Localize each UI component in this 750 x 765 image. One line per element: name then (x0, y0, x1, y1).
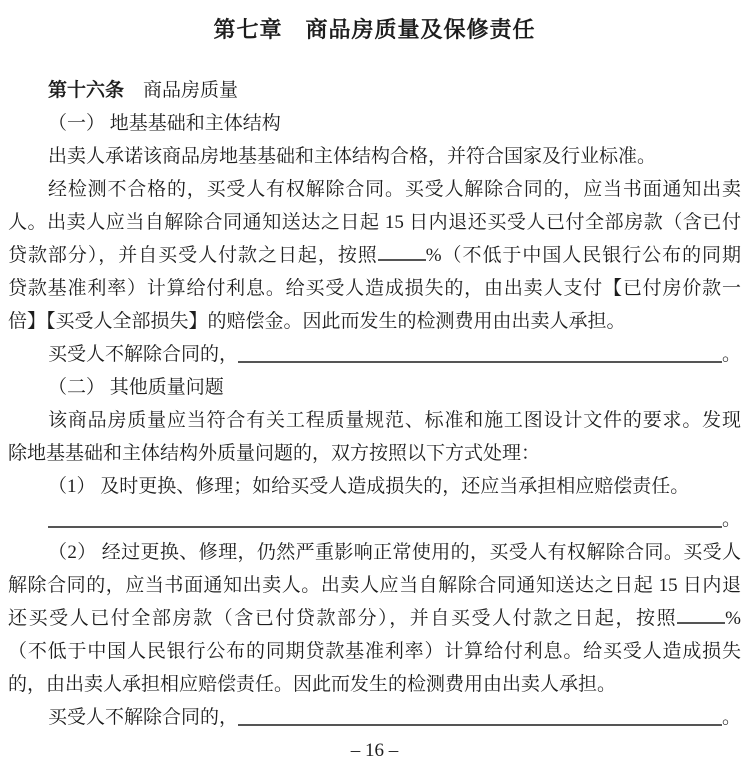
paragraph-line: 经检测不合格的，买受人有权解除合同。买受人解除合同的，应当书面通知出卖 (8, 173, 741, 206)
text-run: 贷款基准利率）计算给付利息。给买受人造成损失的，由出卖人支付【已付房价款一 (8, 278, 741, 299)
text-run: 人。出卖人应当自解除合同通知送达之日起 15 日内退还买受人已付全部房款（含已付 (8, 212, 741, 233)
paragraph-line: （不低于中国人民银行公布的同期贷款基准利率）计算给付利息。给买受人造成损失 (8, 635, 741, 668)
text-run: （不低于中国人民银行公布的同期贷款基准利率）计算给付利息。给买受人造成损失 (8, 641, 741, 662)
fill-underline-field (48, 503, 722, 528)
text-run: 贷款部分），并自买受人付款之日起，按照 (8, 245, 378, 266)
paragraph-line: 人。出卖人应当自解除合同通知送达之日起 15 日内退还买受人已付全部房款（含已付 (8, 206, 741, 239)
text-run: 。 (722, 701, 741, 734)
fill-in-line: 买受人不解除合同的，。 (8, 338, 741, 371)
text-run: 经检测不合格的，买受人有权解除合同。买受人解除合同的，应当书面通知出卖 (48, 179, 741, 200)
text-run: （一） 地基基础和主体结构 (48, 113, 281, 134)
fill-in-line: 。 (8, 503, 741, 536)
blank-underline-field (677, 603, 725, 624)
text-run: （二） 其他质量问题 (48, 377, 224, 398)
list-item-1-line: （1） 及时更换、修理；如给买受人造成损失的，还应当承担相应赔偿责任。 (8, 470, 741, 503)
paragraph-line: 倍】【买受人全部损失】的赔偿金。因此而发生的检测费用由出卖人承担。 (8, 305, 741, 338)
text-run: 买受人不解除合同的， (48, 338, 238, 371)
text-run: 。 (722, 338, 741, 371)
paragraph-line: 出卖人承诺该商品房地基基础和主体结构合格，并符合国家及行业标准。 (8, 140, 741, 173)
text-run: 还买受人已付全部房款（含已付贷款部分），并自买受人付款之日起，按照 (8, 608, 677, 629)
fill-in-line: 买受人不解除合同的，。 (8, 701, 741, 734)
article-16-heading: 第十六条 商品房质量 (8, 74, 741, 107)
text-run: 该商品房质量应当符合有关工程质量规范、标准和施工图设计文件的要求。发现 (48, 410, 741, 431)
text-run: %（不低于中国人民银行公布的同期 (426, 245, 741, 266)
section-1-heading: （一） 地基基础和主体结构 (8, 107, 741, 140)
fill-underline-field (238, 701, 722, 726)
text-run: 。 (722, 503, 741, 536)
list-item-2-line: （2） 经过更换、修理，仍然严重影响正常使用的，买受人有权解除合同。买受人 (8, 536, 741, 569)
blank-underline-field (378, 240, 426, 261)
contract-document-page: 第七章 商品房质量及保修责任 第十六条 商品房质量（一） 地基基础和主体结构出卖… (0, 0, 750, 765)
paragraph-line: 还买受人已付全部房款（含已付贷款部分），并自买受人付款之日起，按照% (8, 602, 741, 635)
paragraph-line: 该商品房质量应当符合有关工程质量规范、标准和施工图设计文件的要求。发现 (8, 404, 741, 437)
text-run: （2） 经过更换、修理，仍然严重影响正常使用的，买受人有权解除合同。买受人 (48, 542, 741, 563)
fill-underline-field (238, 338, 722, 363)
text-run: 第十六条 (48, 80, 124, 101)
text-run: 商品房质量 (124, 80, 238, 101)
text-run: 出卖人承诺该商品房地基基础和主体结构合格，并符合国家及行业标准。 (48, 146, 656, 167)
text-run: 除地基基础和主体结构外质量问题的，双方按照以下方式处理： (8, 443, 540, 464)
text-run: 解除合同的，应当书面通知出卖人。出卖人应当自解除合同通知送达之日起 15 日内退 (8, 575, 741, 596)
document-content: 第十六条 商品房质量（一） 地基基础和主体结构出卖人承诺该商品房地基基础和主体结… (8, 74, 741, 734)
section-2-heading: （二） 其他质量问题 (8, 371, 741, 404)
page-number: – 16 – (8, 734, 741, 765)
paragraph-line: 贷款部分），并自买受人付款之日起，按照%（不低于中国人民银行公布的同期 (8, 239, 741, 272)
paragraph-line: 除地基基础和主体结构外质量问题的，双方按照以下方式处理： (8, 437, 741, 470)
text-run: （1） 及时更换、修理；如给买受人造成损失的，还应当承担相应赔偿责任。 (48, 476, 689, 497)
paragraph-line: 贷款基准利率）计算给付利息。给买受人造成损失的，由出卖人支付【已付房价款一 (8, 272, 741, 305)
text-run: 的，由出卖人承担相应赔偿责任。因此而发生的检测费用由出卖人承担。 (8, 674, 616, 695)
text-run: 买受人不解除合同的， (48, 701, 238, 734)
paragraph-line: 解除合同的，应当书面通知出卖人。出卖人应当自解除合同通知送达之日起 15 日内退 (8, 569, 741, 602)
text-run: 倍】【买受人全部损失】的赔偿金。因此而发生的检测费用由出卖人承担。 (8, 311, 626, 332)
text-run: % (725, 608, 741, 629)
chapter-title: 第七章 商品房质量及保修责任 (8, 12, 741, 48)
paragraph-line: 的，由出卖人承担相应赔偿责任。因此而发生的检测费用由出卖人承担。 (8, 668, 741, 701)
